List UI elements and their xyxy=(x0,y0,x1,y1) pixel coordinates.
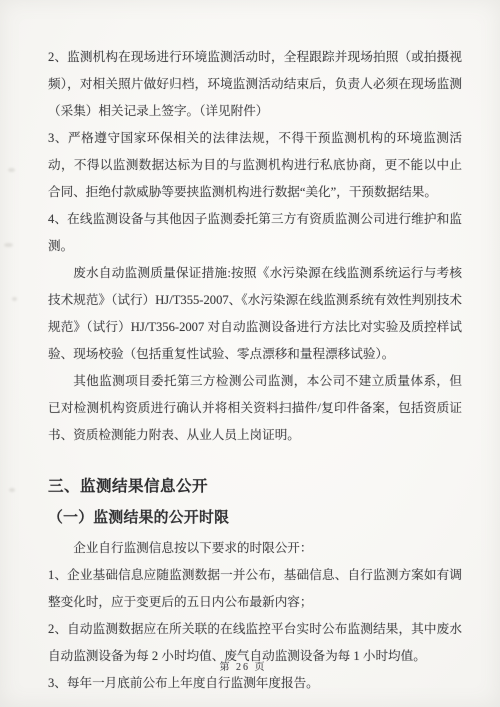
paragraph-item-3-legal-compliance: 3、严格遵守国家环保相关的法律法规，不得干预监测机构的环境监测活动，不得以监测数… xyxy=(48,125,462,206)
paragraph-wastewater-qa-measures: 废水自动监测质量保证措施:按照《水污染源在线监测系统运行与考核技术规范》（试行）… xyxy=(48,260,462,368)
paragraph-disclosure-item-3-annual-report: 3、每年一月底前公布上年度自行监测年度报告。 xyxy=(48,670,462,697)
paragraph-item-4-third-party-maintenance: 4、在线监测设备与其他因子监测委托第三方有资质监测公司进行维护和监测。 xyxy=(48,206,462,260)
paragraph-disclosure-intro: 企业自行监测信息按以下要求的时限公开： xyxy=(48,535,462,562)
scan-artifact-speck xyxy=(12,297,17,301)
paragraph-disclosure-item-1-basic-info: 1、企业基础信息应随监测数据一并公布，基础信息、自行监测方案如有调整变化时，应于… xyxy=(48,562,462,616)
page-number-footer: 第 26 页 xyxy=(0,658,486,673)
scan-artifact-speck xyxy=(8,168,15,172)
paragraph-other-monitoring-delegation: 其他监测项目委托第三方检测公司监测，本公司不建立质量体系，但已对检测机构资质进行… xyxy=(48,368,462,449)
scanned-document-page: 2、监测机构在现场进行环境监测活动时，全程跟踪并现场拍照（或拍摄视频），对相关照… xyxy=(0,0,500,707)
document-body: 2、监测机构在现场进行环境监测活动时，全程跟踪并现场拍照（或拍摄视频），对相关照… xyxy=(48,44,462,697)
scan-artifact-speck xyxy=(9,488,15,492)
paragraph-item-2-monitoring-photos: 2、监测机构在现场进行环境监测活动时，全程跟踪并现场拍照（或拍摄视频），对相关照… xyxy=(48,44,462,125)
section-heading-result-disclosure: 三、监测结果信息公开 xyxy=(48,472,462,501)
subsection-heading-disclosure-deadline: （一）监测结果的公开时限 xyxy=(48,504,462,533)
scan-artifact-speck xyxy=(4,243,13,247)
